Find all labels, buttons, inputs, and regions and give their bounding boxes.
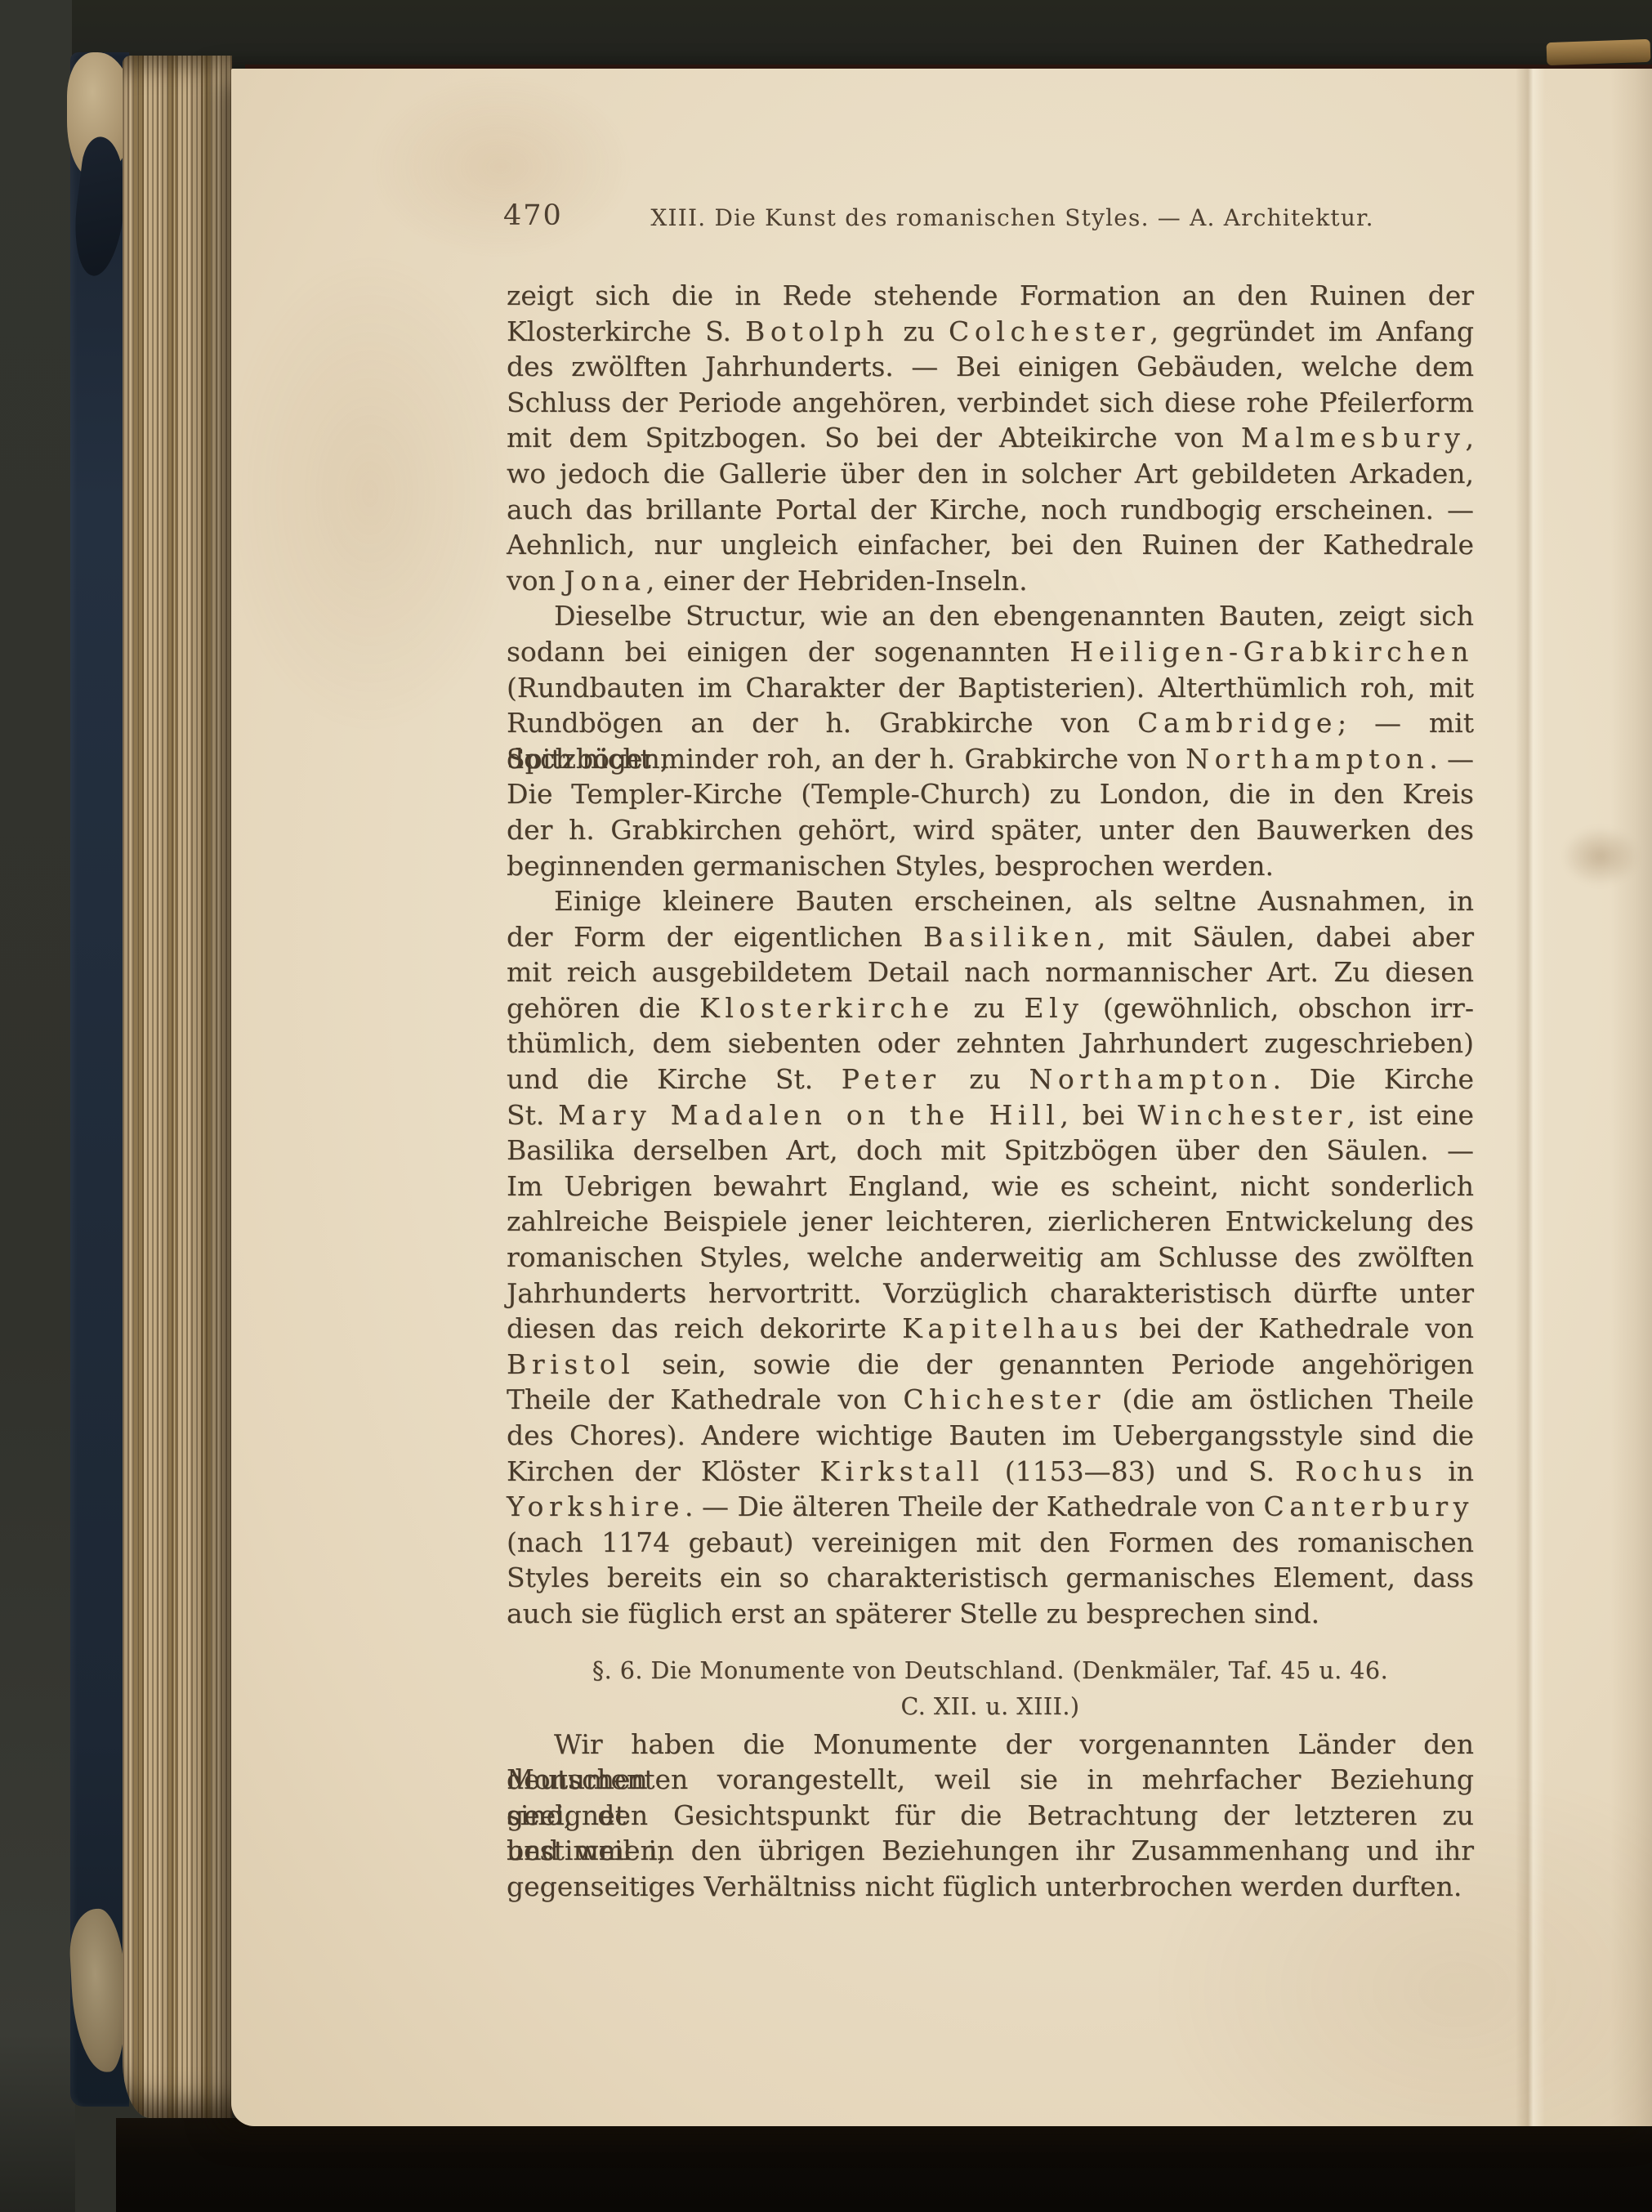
spaced-term: Peter — [842, 1063, 941, 1095]
text-line: mit dem Spitzbogen. So bei der Abteikirc… — [507, 420, 1474, 456]
text-line: gehören die Klosterkirche zu Ely (gewöhn… — [507, 990, 1474, 1026]
text-line: beginnenden germanischen Styles, besproc… — [507, 848, 1474, 884]
page-stain — [1561, 827, 1640, 886]
text-line: Yorkshire. — Die älteren Theile der Kath… — [507, 1489, 1474, 1525]
text-line: wo jedoch die Gallerie über den in solch… — [507, 456, 1474, 492]
text-line: zeigt sich die in Rede stehende Formatio… — [507, 278, 1474, 314]
book-page: 470 XIII. Die Kunst des romanischen Styl… — [231, 69, 1652, 2126]
text-line: des Chores). Andere wichtige Bauten im U… — [507, 1418, 1474, 1454]
text-line: mit reich ausgebildetem Detail nach norm… — [507, 954, 1474, 990]
spaced-term: Northampton — [1185, 743, 1429, 775]
spaced-term: Rochus — [1295, 1455, 1427, 1487]
spaced-term: Mary Madalen on the Hill — [558, 1099, 1060, 1131]
spaced-term: Ely — [1024, 992, 1083, 1024]
page-stack-fore-edge — [123, 56, 232, 2118]
text-line: Schluss der Periode angehören, verbindet… — [507, 385, 1474, 421]
paragraph: Dieselbe Structur, wie an den ebengenann… — [507, 598, 1474, 883]
text-line: zahlreiche Beispiele jener leichteren, z… — [507, 1204, 1474, 1240]
text-line: auch das brillante Portal der Kirche, no… — [507, 492, 1474, 528]
section-heading: §. 6. Die Monumente von Deutschland. (De… — [507, 1653, 1474, 1725]
running-head: 470 XIII. Die Kunst des romanischen Styl… — [507, 199, 1474, 239]
text-line: Einige kleinere Bauten erscheinen, als s… — [507, 883, 1474, 919]
text-line: Basilika derselben Art, doch mit Spitzbö… — [507, 1133, 1474, 1169]
text-line: der h. Grabkirchen gehört, wird später, … — [507, 812, 1474, 848]
spaced-term: Kapitelhaus — [902, 1312, 1123, 1344]
spaced-term: Botolph — [745, 315, 889, 347]
text-line: St. Mary Madalen on the Hill, bei Winche… — [507, 1097, 1474, 1133]
page-crease — [1516, 69, 1545, 2126]
heading-line: C. XII. u. XIII.) — [507, 1689, 1474, 1725]
text-line: Theile der Kathedrale von Chichester (di… — [507, 1382, 1474, 1418]
text-line: sodann bei einigen der sogenannten Heili… — [507, 634, 1474, 670]
text-line: und weil in den übrigen Beziehungen ihr … — [507, 1833, 1474, 1869]
text-line: Rundbögen an der h. Grabkirche von Cambr… — [507, 705, 1474, 741]
paragraph: zeigt sich die in Rede stehende Formatio… — [507, 278, 1474, 598]
body-text: zeigt sich die in Rede stehende Formatio… — [507, 278, 1474, 1905]
spaced-term: Heiligen-Grabkirchen — [1069, 636, 1474, 668]
spaced-term: Colchester — [949, 315, 1150, 347]
spaced-term: Basiliken — [923, 921, 1097, 953]
book-cover — [70, 52, 129, 2107]
text-line: Jahrhunderts hervortritt. Vorzüglich cha… — [507, 1276, 1474, 1312]
text-line: Die Templer-Kirche (Temple-Church) zu Lo… — [507, 776, 1474, 812]
cover-top-band — [72, 0, 1652, 70]
spaced-term: Malmesbury — [1241, 422, 1466, 454]
text-line: von Jona, einer der Hebriden-Inseln. — [507, 563, 1474, 599]
spaced-term: Winchester — [1138, 1099, 1347, 1131]
bottom-shadow — [116, 2118, 1652, 2212]
text-line: gegenseitiges Verhältniss nicht füglich … — [507, 1869, 1474, 1905]
spaced-term: Bristol — [507, 1348, 635, 1380]
spaced-term: Kirkstall — [819, 1455, 984, 1487]
spaced-term: Cambridge — [1137, 707, 1337, 739]
gilt-edge-sliver — [1547, 39, 1651, 65]
text-line: (Rundbauten im Charakter der Baptisterie… — [507, 670, 1474, 706]
text-line: Im Uebrigen bewahrt England, wie es sche… — [507, 1169, 1474, 1204]
text-line: sind, den Gesichtspunkt für die Betracht… — [507, 1798, 1474, 1834]
heading-line: §. 6. Die Monumente von Deutschland. (De… — [507, 1653, 1474, 1689]
text-line: romanischen Styles, welche anderweitig a… — [507, 1240, 1474, 1276]
scanner-background — [0, 0, 75, 2212]
text-line: des zwölften Jahrhunderts. — Bei einigen… — [507, 349, 1474, 385]
text-line: Bristol sein, sowie die der genannten Pe… — [507, 1347, 1474, 1383]
spaced-term: Klosterkirche — [699, 992, 954, 1024]
spaced-term: Canterbury — [1263, 1490, 1474, 1522]
spaced-term: Northampton — [1029, 1063, 1272, 1095]
paragraph: Einige kleinere Bauten erscheinen, als s… — [507, 883, 1474, 1631]
text-line: auch sie füglich erst an späterer Stelle… — [507, 1596, 1474, 1632]
text-line: Styles bereits ein so charakteristisch g… — [507, 1560, 1474, 1596]
running-title: XIII. Die Kunst des romanischen Styles. … — [556, 204, 1469, 231]
spaced-term: Chichester — [903, 1383, 1105, 1415]
text-line: Monumenten vorangestellt, weil sie in me… — [507, 1762, 1474, 1798]
page-right-fold — [1610, 69, 1652, 2126]
text-line: Aehnlich, nur ungleich einfacher, bei de… — [507, 527, 1474, 563]
spaced-term: Yorkshire — [507, 1490, 685, 1522]
text-line: doch nicht minder roh, an der h. Grabkir… — [507, 741, 1474, 777]
page-number: 470 — [503, 199, 563, 232]
text-line: und die Kirche St. Peter zu Northampton.… — [507, 1061, 1474, 1097]
text-line: thümlich, dem siebenten oder zehnten Jah… — [507, 1026, 1474, 1061]
text-line: diesen das reich dekorirte Kapitelhaus b… — [507, 1311, 1474, 1347]
paragraph: Wir haben die Monumente der vorgenannten… — [507, 1727, 1474, 1905]
text-line: der Form der eigentlichen Basiliken, mit… — [507, 919, 1474, 955]
text-line: Dieselbe Structur, wie an den ebengenann… — [507, 598, 1474, 634]
text-line: Kirchen der Klöster Kirkstall (1153—83) … — [507, 1454, 1474, 1490]
book-scan: { "scan": { "background_color": "#2e2f29… — [0, 0, 1652, 2212]
spaced-term: Jona — [564, 565, 645, 597]
text-line: (nach 1174 gebaut) vereinigen mit den Fo… — [507, 1525, 1474, 1561]
text-line: Klosterkirche S. Botolph zu Colchester, … — [507, 314, 1474, 350]
text-line: Wir haben die Monumente der vorgenannten… — [507, 1727, 1474, 1763]
